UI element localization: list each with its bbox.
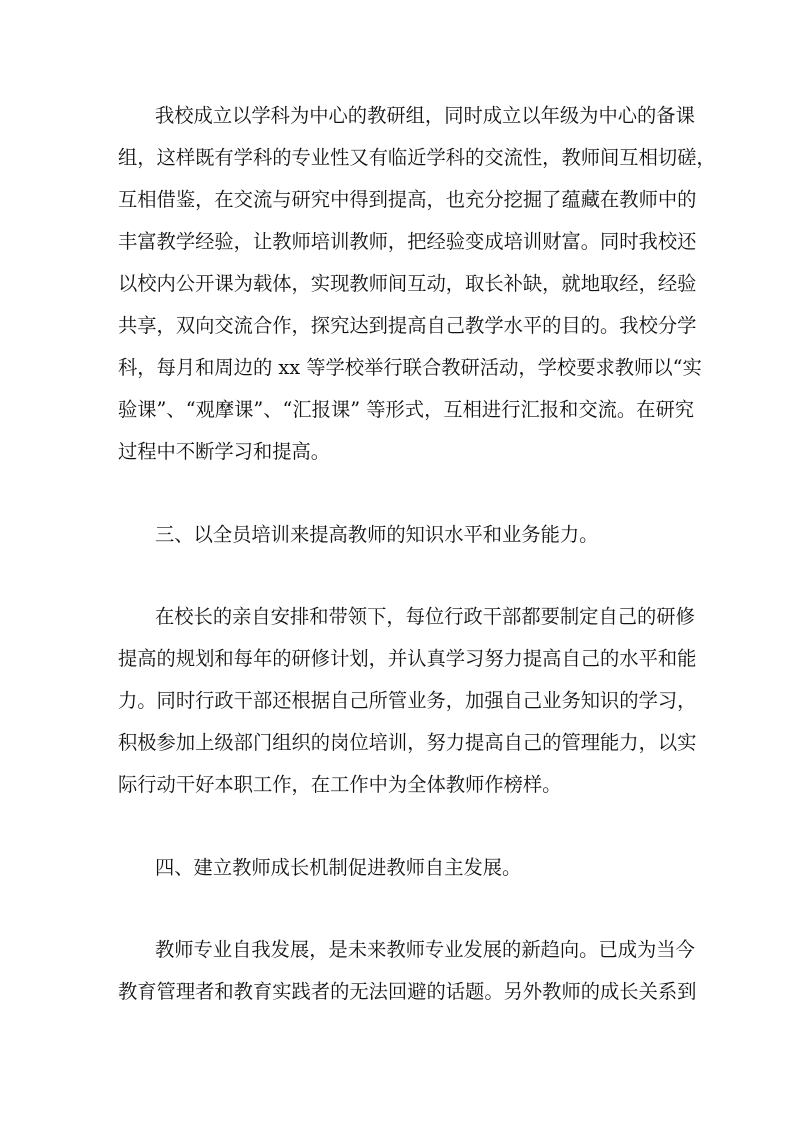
paragraph-1-line-6: 共享，双向交流合作，探究达到提高自己教学水平的目的。我校分学 <box>118 314 696 338</box>
paragraph-2-line-1: 在校长的亲自安排和带领下，每位行政干部都要制定自己的研修 <box>155 605 695 629</box>
document-page: 我校成立以学科为中心的教研组，同时成立以年级为中心的备课 组，这样既有学科的专业… <box>0 0 793 1122</box>
paragraph-3-line-1: 教师专业自我发展，是未来教师专业发展的新趋向。已成为当今 <box>155 938 695 962</box>
paragraph-1-line-8: 验课”、“观摩课”、“汇报课” 等形式，互相进行汇报和交流。在研究 <box>118 398 694 422</box>
paragraph-1-line-1: 我校成立以学科为中心的教研组，同时成立以年级为中心的备课 <box>155 104 695 128</box>
paragraph-1-line-2: 组，这样既有学科的专业性又有临近学科的交流性，教师间互相切磋， <box>118 146 716 170</box>
paragraph-1-line-9: 过程中不断学习和提高。 <box>118 440 330 464</box>
paragraph-2-line-2: 提高的规划和每年的研修计划，并认真学习努力提高自己的水平和能 <box>118 647 696 671</box>
paragraph-1-line-7: 科，每月和周边的 xx 等学校举行联合教研活动，学校要求教师以“实 <box>118 356 702 380</box>
paragraph-3-line-2: 教育管理者和教育实践者的无法回避的话题。另外教师的成长关系到 <box>118 980 696 1004</box>
paragraph-2-line-4: 积极参加上级部门组织的岗位培训，努力提高自己的管理能力，以实 <box>118 731 696 755</box>
paragraph-2-line-5: 际行动干好本职工作，在工作中为全体教师作榜样。 <box>118 773 561 797</box>
paragraph-1-line-4: 丰富教学经验，让教师培训教师，把经验变成培训财富。同时我校还 <box>118 230 696 254</box>
section-heading-4: 四、建立教师成长机制促进教师自主发展。 <box>155 856 521 880</box>
paragraph-1-line-3: 互相借鉴，在交流与研究中得到提高，也充分挖掘了蕴藏在教师中的 <box>118 188 696 212</box>
paragraph-2-line-3: 力。同时行政干部还根据自己所管业务，加强自己业务知识的学习， <box>118 689 696 713</box>
section-heading-3: 三、以全员培训来提高教师的知识水平和业务能力。 <box>155 523 598 547</box>
paragraph-1-line-5: 以校内公开课为载体，实现教师间互动，取长补缺，就地取经，经验 <box>118 272 696 296</box>
